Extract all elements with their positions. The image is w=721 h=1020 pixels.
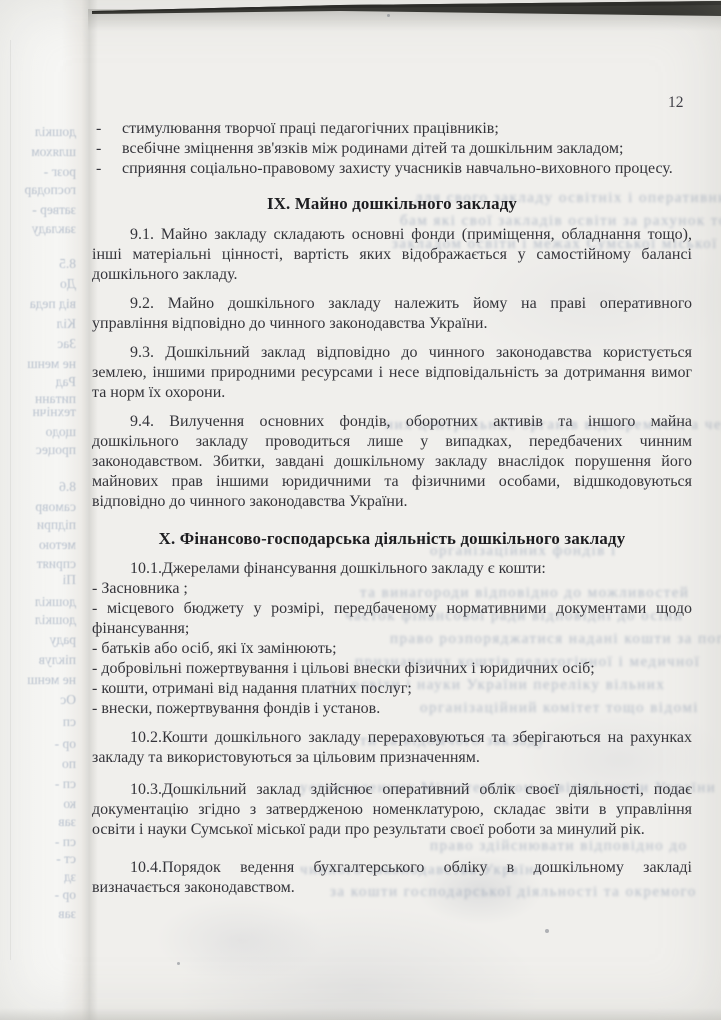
bleed-through-fragment: сп -	[4, 835, 76, 849]
bleed-through-fragment: затвер -	[4, 203, 76, 217]
scan-left-margin: дошкілшляхомрозг -господарзатвер -заклад…	[0, 0, 88, 1020]
section-9-heading: IX. Майно дошкільного закладу	[92, 193, 692, 215]
bleed-through-fragment: підпри	[4, 518, 76, 532]
bleed-through-fragment: зав	[4, 815, 76, 829]
paragraph-10-1: 10.1.Джерелами фінансування дошкільного …	[92, 559, 692, 579]
bleed-through-fragment: шляхом	[4, 145, 76, 159]
bullet-item: -всебічне зміцнення зв'язків між родинам…	[92, 139, 692, 159]
scan-speck	[262, 649, 265, 652]
funding-sources-list: - Засновника ;- місцевого бюджету у розм…	[92, 579, 692, 719]
bleed-through-fragment: Ос	[4, 693, 76, 707]
bleed-through-fragment: ор -	[4, 888, 76, 902]
bleed-through-fragment: сп	[4, 715, 76, 729]
bleed-through-fragment: дошкіл	[4, 125, 76, 139]
document-content: -стимулювання творчої праці педагогічних…	[92, 0, 692, 898]
bleed-through-fragment: дошкіл	[4, 595, 76, 609]
funding-source-item: - внески, пожертвування фондів і установ…	[92, 699, 692, 719]
bullet-item: -сприяння соціально-правовому захисту уч…	[92, 159, 692, 179]
bleed-through-fragment: метою	[4, 538, 76, 552]
bleed-through-fragment: піклув	[4, 653, 76, 667]
bleed-through-fragment: ор -	[4, 737, 76, 751]
bleed-through-fragment: щодо	[4, 425, 76, 439]
bullet-dash: -	[92, 139, 122, 159]
bleed-through-fragment: 8.6	[4, 480, 76, 494]
funding-source-item: - кошти, отримані від надання платних по…	[92, 679, 692, 699]
paragraph-9-1: 9.1. Майно закладу складають основні фон…	[92, 225, 692, 285]
bleed-through-fragment: Зас	[4, 337, 76, 351]
scan-speck	[545, 929, 549, 933]
bleed-through-fragment: самовр	[4, 500, 76, 514]
paragraph-10-3: 10.3.Дошкільний заклад здійснює оператив…	[92, 780, 692, 840]
bleed-through-fragment: процес	[4, 443, 76, 457]
bullet-text: стимулювання творчої праці педагогічних …	[122, 119, 692, 139]
funding-source-item: - місцевого бюджету у розмірі, передбаче…	[92, 599, 692, 639]
bleed-through-fragment: зд	[4, 870, 76, 884]
scan-speck	[387, 14, 390, 17]
bleed-through-fragment: по	[4, 757, 76, 771]
bleed-through-fragment: раду	[4, 633, 76, 647]
bleed-through-fragment: сприят	[4, 557, 76, 571]
bleed-through-fragment: Пі	[4, 573, 76, 587]
bleed-through-fragment: технічн	[4, 405, 76, 419]
bleed-through-fragment: господар	[4, 183, 76, 197]
funding-source-item: - добровільні пожертвування і цільові вн…	[92, 659, 692, 679]
section-9-paragraphs: 9.1. Майно закладу складають основні фон…	[92, 225, 692, 512]
bullet-text: сприяння соціально-правовому захисту уча…	[122, 159, 692, 179]
bleed-through-fragment: ко	[4, 797, 76, 811]
bullet-text: всебічне зміцнення зв'язків між родинами…	[122, 139, 692, 159]
bleed-through-fragment: розг -	[4, 165, 76, 179]
section-10-heading: X. Фінансово-господарська діяльність дош…	[92, 528, 692, 550]
bleed-through-fragment: 8.5	[4, 257, 76, 271]
bleed-through-fragment: не менш	[4, 673, 76, 687]
bleed-through-fragment: До	[4, 277, 76, 291]
bleed-through-fragment: ст -	[4, 852, 76, 866]
bleed-through-fragment: закладу	[4, 222, 76, 236]
scan-speck	[177, 962, 180, 965]
bullet-item: -стимулювання творчої праці педагогічних…	[92, 119, 692, 139]
bullet-list: -стимулювання творчої праці педагогічних…	[92, 119, 692, 179]
bleed-through-fragment: сп -	[4, 777, 76, 791]
bullet-dash: -	[92, 119, 122, 139]
bullet-dash: -	[92, 159, 122, 179]
paragraph-10-4: 10.4.Порядок ведення бухгалтерського обл…	[92, 858, 692, 898]
bleed-through-fragment: Рад	[4, 375, 76, 389]
paragraph-9-4: 9.4. Вилучення основних фондів, оборотни…	[92, 412, 692, 512]
bleed-through-fragment: зав	[4, 907, 76, 921]
paragraph-10-2: 10.2.Кошти дошкільного закладу перерахов…	[92, 728, 692, 768]
funding-source-item: - Засновника ;	[92, 579, 692, 599]
bleed-through-fragment: Кіл	[4, 317, 76, 331]
paragraph-9-3: 9.3. Дошкільний заклад відповідно до чин…	[92, 343, 692, 403]
bleed-through-fragment: питанн	[4, 392, 76, 406]
bleed-through-fragment: не менш	[4, 357, 76, 371]
section-10-paragraphs: 10.2.Кошти дошкільного закладу перерахов…	[92, 728, 692, 898]
paragraph-9-2: 9.2. Майно дошкільного закладу належить …	[92, 294, 692, 334]
scan-bottom-edge	[0, 1008, 721, 1020]
bleed-through-fragment: дошкіл	[4, 613, 76, 627]
funding-source-item: - батьків або осіб, які їх замінюють;	[92, 639, 692, 659]
scanned-page: дошкілшляхомрозг -господарзатвер -заклад…	[0, 0, 721, 1020]
bleed-through-fragment: від педа	[4, 297, 76, 311]
